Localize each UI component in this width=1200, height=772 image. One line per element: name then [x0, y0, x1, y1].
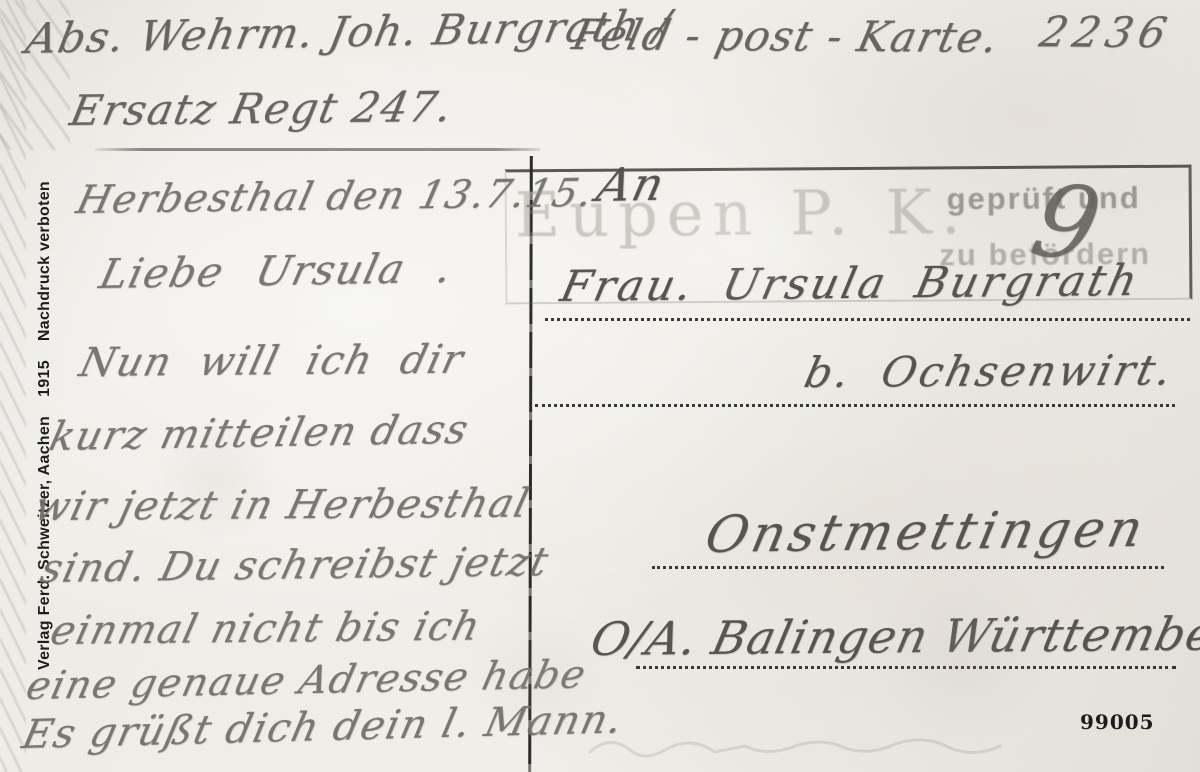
- message-line: Liebe Ursula .: [95, 244, 458, 298]
- address-dotted-line-2: [535, 404, 1175, 407]
- message-line: Nun will ich dir: [75, 337, 469, 386]
- publisher-imprint: Verlag Ferd. Schweitzer, Aachen 1915 Nac…: [36, 181, 54, 670]
- address-dotted-line-4: [636, 666, 1176, 669]
- faint-bottom-scribble: [580, 722, 1010, 772]
- sender-line2: Ersatz Regt 247.: [66, 82, 458, 135]
- message-line: sind. Du schreibst jetzt: [36, 539, 554, 592]
- sender-underline: [95, 148, 540, 151]
- address-an: An: [592, 157, 671, 212]
- message-line: wir jetzt in Herbesthal: [30, 481, 535, 530]
- censor-stamp-place: Eupen P. K.: [515, 175, 970, 251]
- address-dotted-line-3: [652, 566, 1164, 569]
- feldpost-header: Feld - post - Karte. 2236: [568, 10, 1176, 63]
- address-dotted-line-1: [545, 318, 1190, 321]
- print-number: 99005: [1080, 710, 1155, 734]
- postcard-back: Verlag Ferd. Schweitzer, Aachen 1915 Nac…: [0, 0, 1200, 772]
- address-line2: b. Ochsenwirt.: [800, 345, 1179, 397]
- address-line3: Onstmettingen: [700, 500, 1152, 565]
- feldpost-number: 2236: [1035, 7, 1176, 57]
- message-line: kurz mitteilen dass: [45, 407, 474, 460]
- address-line1: Frau. Ursula Burgrath: [556, 256, 1145, 312]
- address-line4: O/A. Balingen Württemberg: [586, 606, 1200, 666]
- feldpost-label: Feld - post - Karte.: [568, 10, 1004, 62]
- message-line: einmal nicht bis ich: [46, 604, 486, 654]
